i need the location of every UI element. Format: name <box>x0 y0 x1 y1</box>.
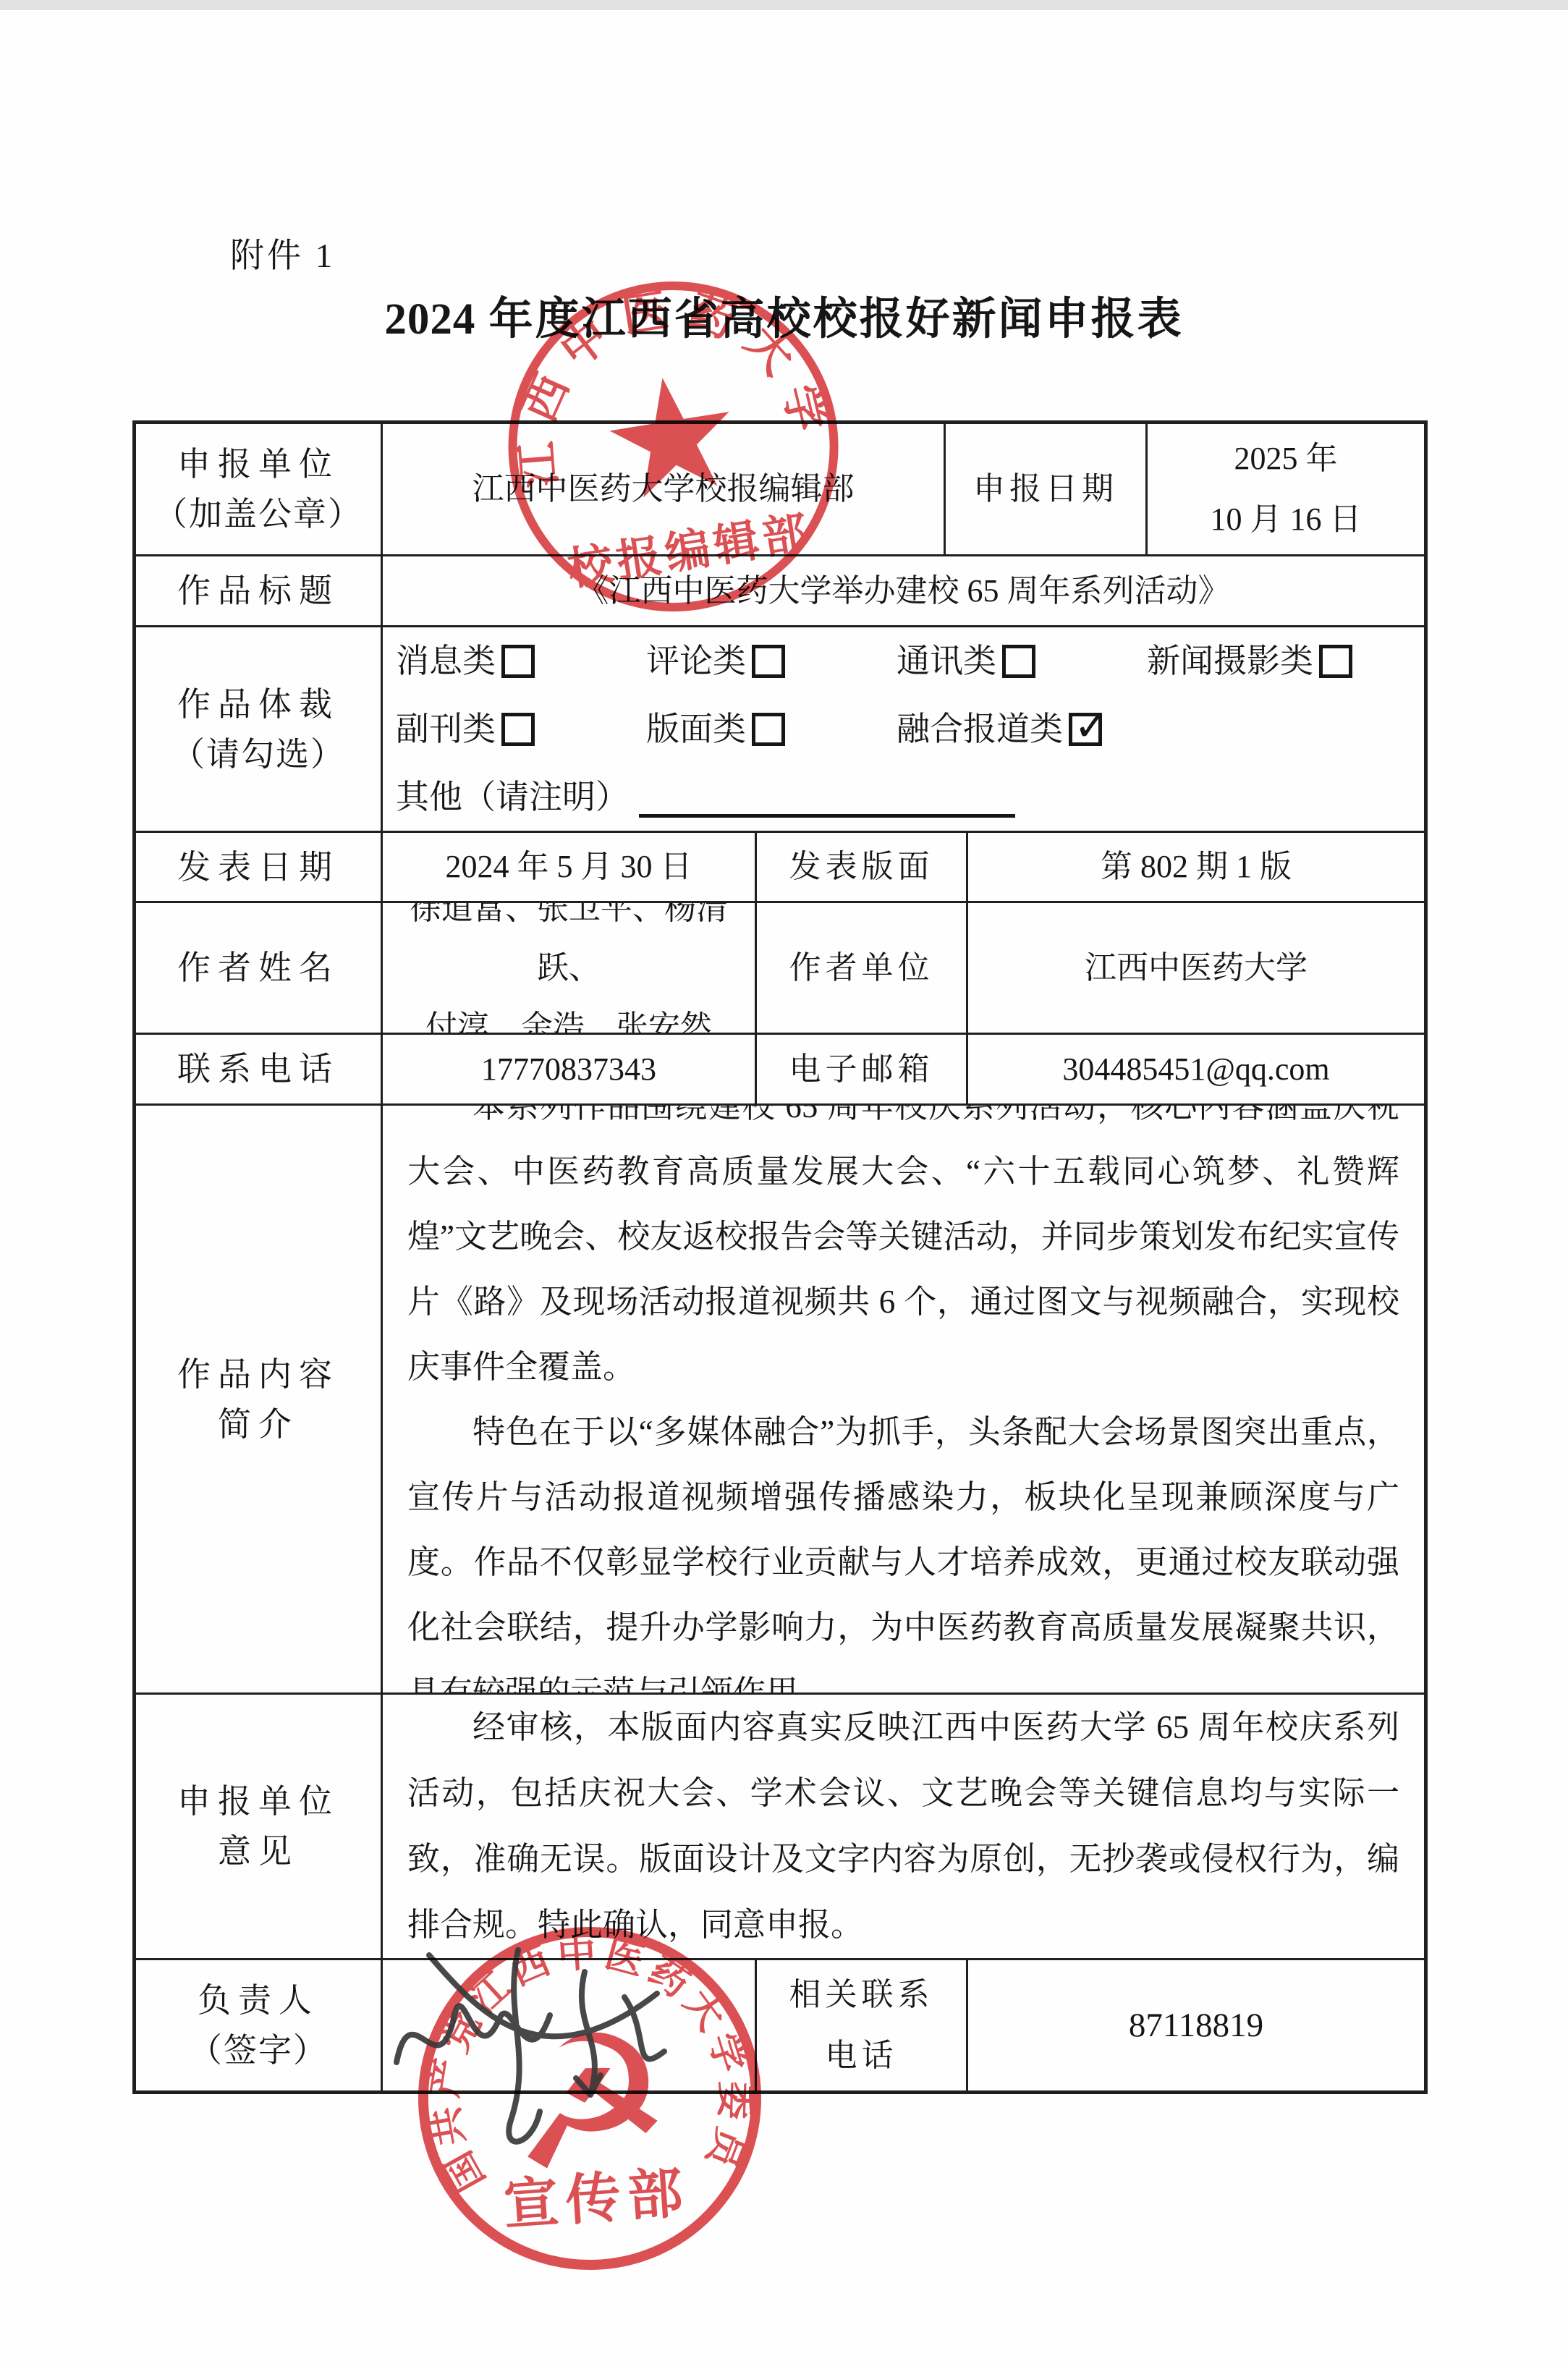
content-intro-text-cell: 本系列作品围绕建校 65 周年校庆系列活动，核心内容涵盖庆祝大会、中医药教育高质… <box>381 1106 1424 1692</box>
email-label: 电子邮箱 <box>755 1035 966 1103</box>
checkbox-photography[interactable] <box>1319 645 1352 678</box>
unit-opinion-sublabel: 意见 <box>218 1826 299 1876</box>
content-intro-paragraph2: 特色在于以“多媒体融合”为抓手，头条配大会场景图突出重点，宣传片与活动报道视频增… <box>407 1399 1399 1693</box>
responsible-person-label: 负责人 <box>198 1975 319 2025</box>
table-row: 作品体裁 （请勾选） 消息类 评论类 通讯类 新闻摄影类 副刊类 版面类 融合报… <box>136 625 1424 831</box>
contact-phone-label: 联系电话 <box>136 1035 381 1103</box>
table-row: 作品标题 《江西中医药大学举办建校 65 周年系列活动》 <box>136 554 1424 625</box>
unit-opinion-paragraph: 经审核，本版面内容真实反映江西中医药大学 65 周年校庆系列活动，包括庆祝大会、… <box>407 1695 1399 1958</box>
genre-option-label: 消息类 <box>396 636 496 686</box>
genre-option-label: 融合报道类 <box>897 704 1063 754</box>
scanned-application-form: 附件 1 2024 年度江西省高校校报好新闻申报表 申报单位 （加盖公章） 江西… <box>0 0 1568 2364</box>
declare-date-label: 申报日期 <box>944 424 1145 554</box>
related-phone-label-cell: 相关联系 电话 <box>755 1960 966 2090</box>
checkbox-layout[interactable] <box>752 713 785 746</box>
genre-sublabel: （请勾选） <box>171 729 345 779</box>
declare-date-year: 2025 年 <box>1234 428 1338 489</box>
checkbox-supplement[interactable] <box>501 713 535 746</box>
email-value: 304485451@qq.com <box>966 1035 1424 1103</box>
scan-artifact <box>0 0 1568 10</box>
title-year: 2024 <box>384 295 475 344</box>
genre-option-label: 新闻摄影类 <box>1147 636 1313 686</box>
publish-page-label: 发表版面 <box>755 833 966 901</box>
genre-label-cell: 作品体裁 （请勾选） <box>136 627 381 831</box>
declare-unit-label: 申报单位 <box>177 439 339 489</box>
document-title: 2024 年度江西省高校校报好新闻申报表 <box>0 284 1568 347</box>
work-title-label: 作品标题 <box>136 556 381 625</box>
author-names-label: 作者姓名 <box>136 903 381 1033</box>
related-phone-sublabel: 电话 <box>826 2025 898 2086</box>
declare-unit-sublabel: （加盖公章） <box>154 489 363 539</box>
genre-option-label: 版面类 <box>646 704 746 754</box>
content-intro-sublabel: 简介 <box>218 1399 299 1449</box>
table-row: 发表日期 2024 年 5 月 30 日 发表版面 第 802 期 1 版 <box>136 831 1424 901</box>
checkbox-communication[interactable] <box>1002 645 1035 678</box>
title-text: 年度江西省高校校报好新闻申报表 <box>475 295 1183 344</box>
declare-unit-value: 江西中医药大学校报编辑部 <box>381 424 944 554</box>
content-intro-paragraph1: 本系列作品围绕建校 65 周年校庆系列活动，核心内容涵盖庆祝大会、中医药教育高质… <box>407 1106 1399 1399</box>
unit-opinion-label-cell: 申报单位 意见 <box>136 1695 381 1958</box>
author-unit-label: 作者单位 <box>755 903 966 1033</box>
work-title-value: 《江西中医药大学举办建校 65 周年系列活动》 <box>381 556 1424 625</box>
table-row: 申报单位 （加盖公章） 江西中医药大学校报编辑部 申报日期 2025 年 10 … <box>136 424 1424 554</box>
genre-other-blank-field[interactable] <box>639 776 1015 818</box>
genre-option-label: 通讯类 <box>897 636 996 686</box>
table-row: 联系电话 17770837343 电子邮箱 304485451@qq.com <box>136 1033 1424 1103</box>
genre-options-line2: 副刊类 版面类 融合报道类✓ <box>396 695 1102 763</box>
checkbox-news[interactable] <box>501 645 535 678</box>
genre-option-layout: 版面类 <box>646 704 897 754</box>
table-row: 负责人 （签字） 相关联系 电话 87118819 <box>136 1958 1424 2090</box>
declare-date-day: 10 月 16 日 <box>1211 489 1362 550</box>
checkbox-commentary[interactable] <box>752 645 785 678</box>
genre-option-news: 消息类 <box>396 636 646 686</box>
seal-bottom-text: 宣传部 <box>501 2163 692 2237</box>
author-names-value: 徐道富、张卫平、杨清跃、 付淳、余浩、张安然 <box>381 903 755 1033</box>
unit-opinion-label: 申报单位 <box>177 1776 339 1826</box>
genre-option-converged: 融合报道类✓ <box>897 704 1102 754</box>
signature-cell[interactable] <box>381 1960 755 2090</box>
content-intro-label-cell: 作品内容 简介 <box>136 1106 381 1692</box>
responsible-person-label-cell: 负责人 （签字） <box>136 1960 381 2090</box>
application-table: 申报单位 （加盖公章） 江西中医药大学校报编辑部 申报日期 2025 年 10 … <box>132 420 1428 2094</box>
genre-option-label: 评论类 <box>646 636 746 686</box>
author-names-line1: 徐道富、张卫平、杨清跃、 <box>383 903 755 998</box>
author-names-line2: 付淳、余浩、张安然 <box>425 998 712 1033</box>
genre-options-cell: 消息类 评论类 通讯类 新闻摄影类 副刊类 版面类 融合报道类✓ 其他（请注明） <box>381 627 1424 831</box>
unit-opinion-text-cell: 经审核，本版面内容真实反映江西中医药大学 65 周年校庆系列活动，包括庆祝大会、… <box>381 1695 1424 1958</box>
table-row: 作者姓名 徐道富、张卫平、杨清跃、 付淳、余浩、张安然 作者单位 江西中医药大学 <box>136 901 1424 1033</box>
check-mark-icon: ✓ <box>1074 705 1109 747</box>
responsible-person-sublabel: （签字） <box>189 2025 328 2075</box>
genre-option-commentary: 评论类 <box>646 636 897 686</box>
genre-label: 作品体裁 <box>177 679 339 729</box>
genre-option-label: 副刊类 <box>396 704 496 754</box>
genre-other-line: 其他（请注明） <box>396 763 1015 831</box>
publish-date-label: 发表日期 <box>136 833 381 901</box>
table-row: 作品内容 简介 本系列作品围绕建校 65 周年校庆系列活动，核心内容涵盖庆祝大会… <box>136 1103 1424 1692</box>
publish-date-value: 2024 年 5 月 30 日 <box>381 833 755 901</box>
attachment-label: 附件 1 <box>230 229 335 277</box>
genre-other-label: 其他（请注明） <box>396 772 629 822</box>
checkbox-converged-checked[interactable]: ✓ <box>1069 713 1102 746</box>
genre-options-line1: 消息类 评论类 通讯类 新闻摄影类 <box>396 627 1352 695</box>
table-row: 申报单位 意见 经审核，本版面内容真实反映江西中医药大学 65 周年校庆系列活动… <box>136 1692 1424 1958</box>
publish-page-value: 第 802 期 1 版 <box>966 833 1424 901</box>
genre-option-photography: 新闻摄影类 <box>1147 636 1352 686</box>
content-intro-label: 作品内容 <box>177 1350 339 1399</box>
related-phone-value: 87118819 <box>966 1960 1424 2090</box>
contact-phone-value: 17770837343 <box>381 1035 755 1103</box>
declare-unit-label-cell: 申报单位 （加盖公章） <box>136 424 381 554</box>
genre-option-communication: 通讯类 <box>897 636 1147 686</box>
related-phone-label: 相关联系 <box>789 1965 934 2025</box>
declare-date-value: 2025 年 10 月 16 日 <box>1145 424 1424 554</box>
author-unit-value: 江西中医药大学 <box>966 903 1424 1033</box>
genre-option-supplement: 副刊类 <box>396 704 646 754</box>
